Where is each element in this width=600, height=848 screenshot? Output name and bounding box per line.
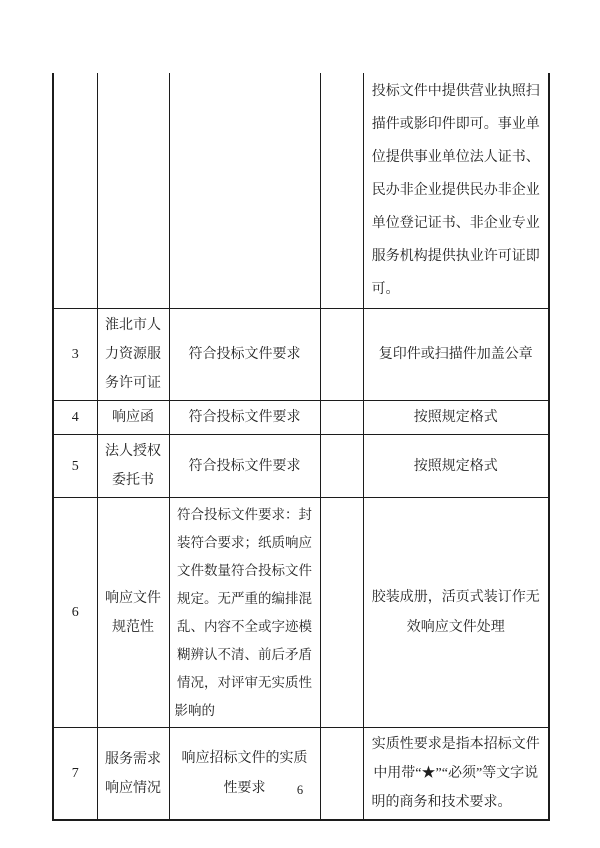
row-number-cell: 4	[53, 401, 97, 435]
document-page: 投标文件中提供营业执照扫描件或影印件即可。事业单位提供事业单位法人证书、民办非企…	[0, 0, 600, 848]
note-cell: 按照规定格式	[363, 435, 549, 498]
table-row: 6 响应文件规范性 符合投标文件要求：封装符合要求；纸质响应文件数量符合投标文件…	[53, 498, 549, 728]
requirements-table: 投标文件中提供营业执照扫描件或影印件即可。事业单位提供事业单位法人证书、民办非企…	[52, 73, 550, 821]
item-name-cell: 服务需求响应情况	[97, 728, 169, 821]
row-number-cell: 7	[53, 728, 97, 821]
requirement-cell: 符合投标文件要求	[169, 435, 320, 498]
requirement-cell	[169, 73, 320, 309]
blank-cell	[320, 309, 363, 401]
table-row: 3 淮北市人力资源服务许可证 符合投标文件要求 复印件或扫描件加盖公章	[53, 309, 549, 401]
item-name-cell: 淮北市人力资源服务许可证	[97, 309, 169, 401]
page-number: 6	[0, 783, 600, 798]
note-cell: 实质性要求是指本招标文件中用带“★”“必须”等文字说明的商务和技术要求。	[363, 728, 549, 821]
blank-cell	[320, 73, 363, 309]
row-number-cell: 6	[53, 498, 97, 728]
note-cell: 胶装成册，活页式装订作无效响应文件处理	[363, 498, 549, 728]
item-name-cell: 响应文件规范性	[97, 498, 169, 728]
table-row: 投标文件中提供营业执照扫描件或影印件即可。事业单位提供事业单位法人证书、民办非企…	[53, 73, 549, 309]
requirement-cell: 符合投标文件要求：封装符合要求；纸质响应文件数量符合投标文件规定。无严重的编排混…	[169, 498, 320, 728]
blank-cell	[320, 435, 363, 498]
requirement-cell: 响应招标文件的实质性要求	[169, 728, 320, 821]
blank-cell	[320, 498, 363, 728]
table-row: 7 服务需求响应情况 响应招标文件的实质性要求 实质性要求是指本招标文件中用带“…	[53, 728, 549, 821]
note-cell: 按照规定格式	[363, 401, 549, 435]
blank-cell	[320, 401, 363, 435]
note-cell: 复印件或扫描件加盖公章	[363, 309, 549, 401]
item-name-cell	[97, 73, 169, 309]
row-number-cell: 3	[53, 309, 97, 401]
requirement-cell: 符合投标文件要求	[169, 401, 320, 435]
row-number-cell	[53, 73, 97, 309]
requirement-cell: 符合投标文件要求	[169, 309, 320, 401]
row-number-cell: 5	[53, 435, 97, 498]
item-name-cell: 法人授权委托书	[97, 435, 169, 498]
blank-cell	[320, 728, 363, 821]
table-row: 4 响应函 符合投标文件要求 按照规定格式	[53, 401, 549, 435]
table-row: 5 法人授权委托书 符合投标文件要求 按照规定格式	[53, 435, 549, 498]
note-cell: 投标文件中提供营业执照扫描件或影印件即可。事业单位提供事业单位法人证书、民办非企…	[363, 73, 549, 309]
item-name-cell: 响应函	[97, 401, 169, 435]
